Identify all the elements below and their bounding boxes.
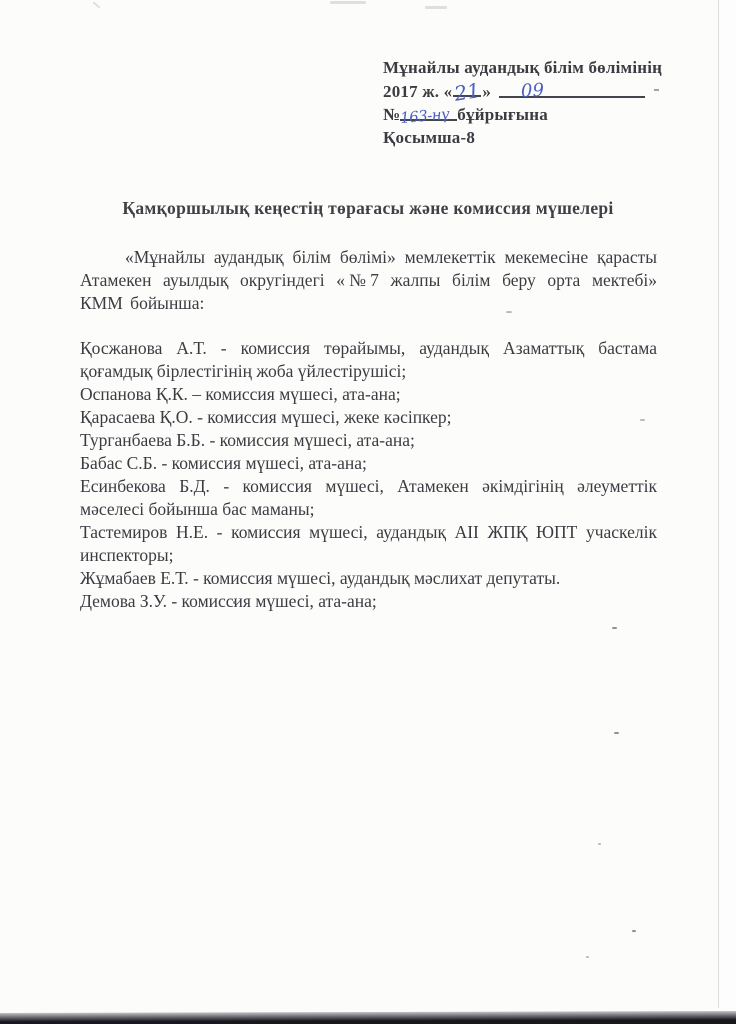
order-number-blank: 163-нұ [400,103,457,121]
document-title: Қамқоршылық кеңестің төрағасы және комис… [0,198,736,219]
header-date-line: 2017 ж. «21»09 [383,79,728,103]
order-header-block: Мұнайлы аудандық білім бөлімінің 2017 ж.… [383,56,728,149]
header-annex-line: Қосымша-8 [383,126,728,149]
member-line: Қосжанова А.Т. - комиссия төрайымы, ауда… [80,337,657,383]
document-body: «Мұнайлы аудандық білім бөлімі» мемлекет… [80,246,657,613]
scan-speck [612,627,617,629]
page-edge-line [718,0,719,1008]
scan-speck [640,419,645,421]
member-line: Қарасаева Қ.О. - комиссия мүшесі, жеке к… [80,406,657,429]
member-line: Демова З.У. - комиссия мүшесі, ата-ана; [80,590,657,613]
header-org-line: Мұнайлы аудандық білім бөлімінің [383,56,728,79]
scan-smudge [425,6,447,9]
handwritten-order-number: 163-нұ [399,103,450,130]
member-line: Тастемиров Н.Е. - комиссия мүшесі, аудан… [80,521,657,567]
date-prefix: 2017 ж. « [383,82,452,101]
scan-speck [233,601,236,604]
scan-speck [614,732,619,734]
scan-bottom-edge [0,1011,736,1024]
member-line: Оспанова Қ.К. – комиссия мүшесі, ата-ана… [80,383,657,406]
order-number-sign: № [383,105,400,124]
member-line: Есинбекова Б.Д. - комиссия мүшесі, Атаме… [80,475,657,521]
member-line: Жұмабаев Е.Т. - комиссия мүшесі, ауданды… [80,567,657,590]
scan-smudge [330,1,366,4]
scan-speck [598,843,601,845]
scan-speck [586,956,589,958]
member-line: Бабас С.Б. - комиссия мүшесі, ата-ана; [80,452,657,475]
intro-paragraph: «Мұнайлы аудандық білім бөлімі» мемлекет… [80,246,657,315]
handwritten-month: 09 [499,79,545,104]
scan-margin-right [719,0,736,1008]
header-order-line: №163-нұбұйрығына [383,103,728,126]
commission-members-list: Қосжанова А.Т. - комиссия төрайымы, ауда… [80,337,657,613]
date-day-blank: 21 [453,79,481,97]
scan-speck [654,89,659,91]
scan-speck [506,311,512,313]
scanned-document-page: Мұнайлы аудандық білім бөлімінің 2017 ж.… [0,0,736,1024]
date-month-blank: 09 [499,80,645,98]
scan-smudge [92,1,100,8]
order-suffix: бұйрығына [457,105,548,124]
member-line: Турганбаева Б.Б. - комиссия мүшесі, ата-… [80,429,657,452]
scan-speck [632,930,636,932]
date-close-quote: » [482,82,491,101]
handwritten-day: 21 [453,79,482,106]
